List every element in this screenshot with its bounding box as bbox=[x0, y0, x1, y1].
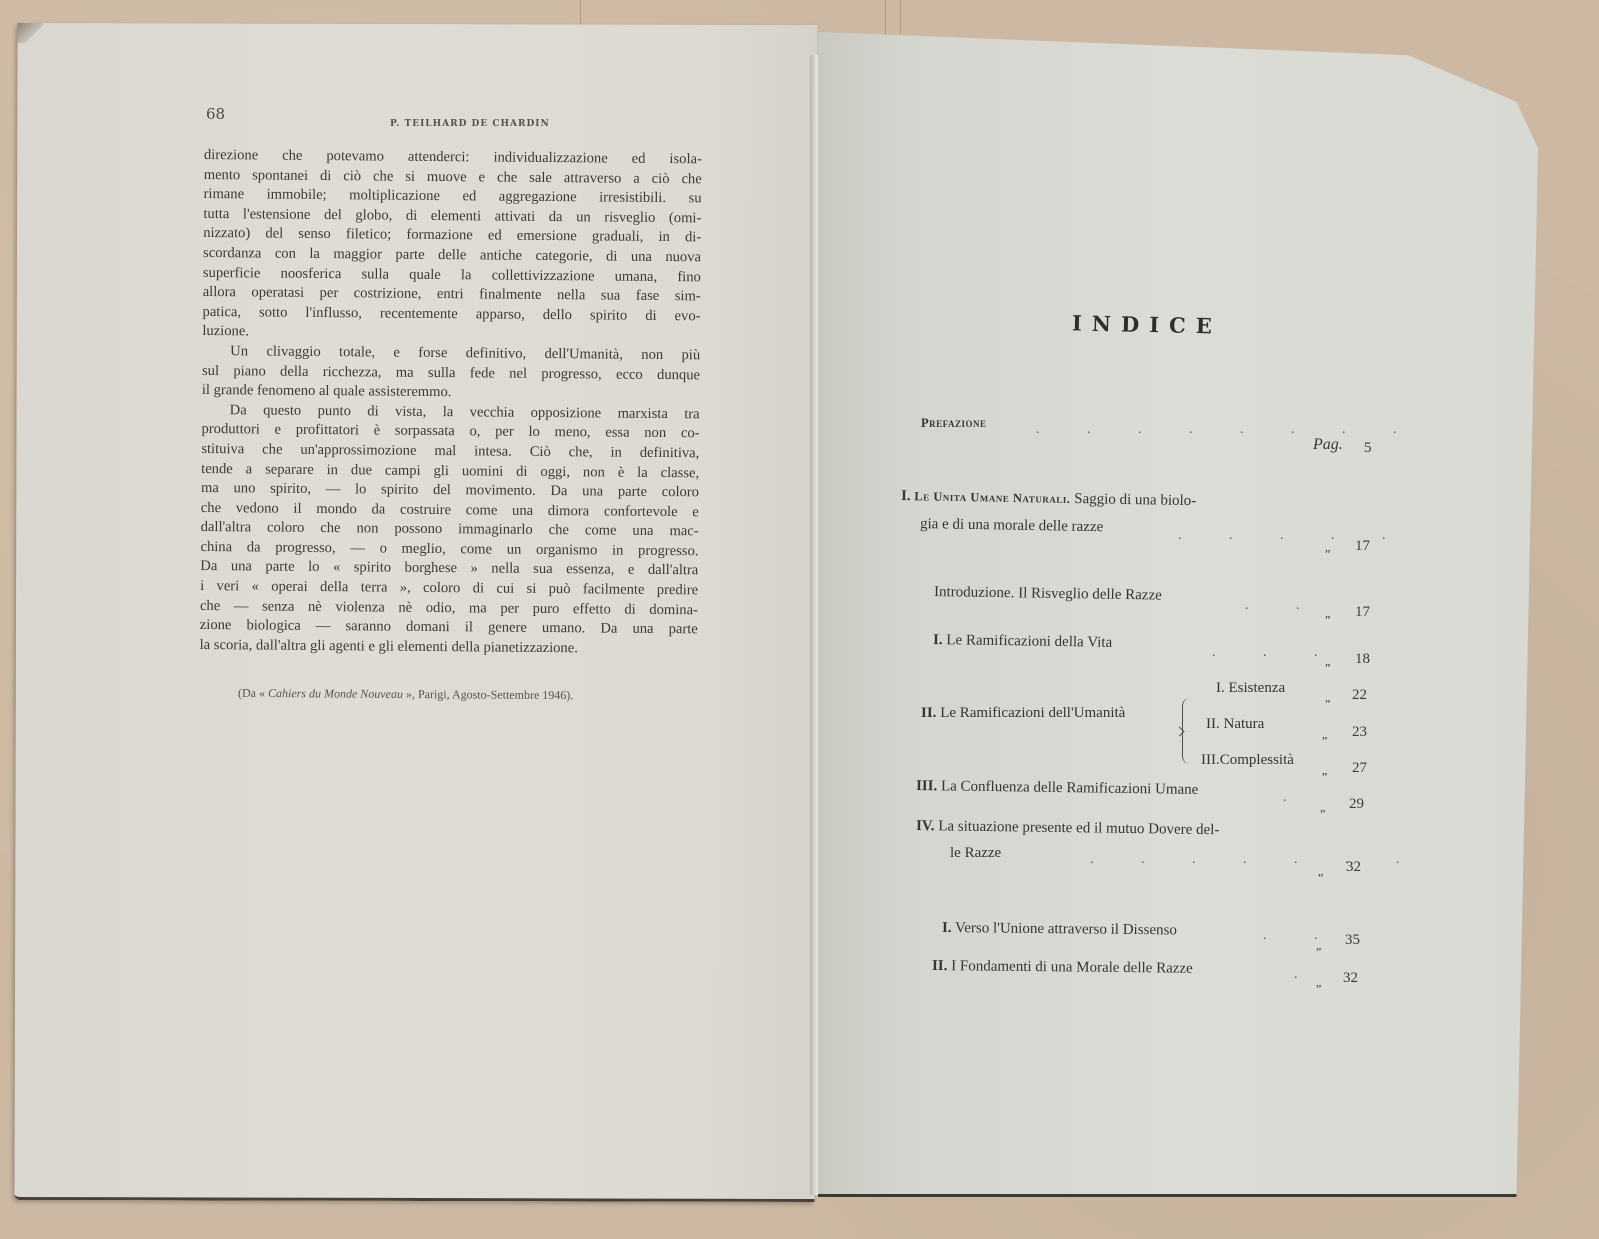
page-number: 68 bbox=[206, 105, 225, 123]
toc-entry-label-smallcaps: Le Unita Umane Naturali. bbox=[914, 489, 1070, 506]
toc-entry-label: Le Ramificazioni dell'Umanità bbox=[940, 705, 1125, 721]
citation: (Da « Cahiers du Monde Nouveau », Parigi… bbox=[238, 686, 573, 703]
paragraph-1: direzione che potevamo attenderci: indiv… bbox=[202, 146, 702, 346]
toc-entry-label-cont: le Razze bbox=[950, 845, 1001, 861]
roman-numeral: I. bbox=[942, 920, 952, 936]
roman-numeral: I. bbox=[1216, 680, 1225, 696]
toc-entry-sec-1[interactable]: I. Verso l'Unione attraverso il Dissenso bbox=[942, 920, 1177, 939]
toc-entry-label: Le Ramificazioni della Vita bbox=[946, 632, 1112, 651]
roman-numeral: I. bbox=[933, 632, 943, 648]
toc-entry-ch-1[interactable]: I. Le Ramificazioni della Vita bbox=[933, 632, 1112, 652]
toc-subentry-complessita[interactable]: III.Complessità bbox=[1201, 752, 1294, 769]
toc-subentry-natura[interactable]: II. Natura bbox=[1206, 716, 1264, 733]
roman-numeral: III. bbox=[1201, 752, 1220, 768]
paragraph-2: Un clivaggio totale, e forse definitivo,… bbox=[202, 342, 700, 405]
toc-title: INDICE bbox=[1072, 310, 1222, 338]
citation-suffix: », Parigi, Agosto-Settembre 1946). bbox=[406, 687, 573, 702]
table-crease bbox=[900, 0, 901, 40]
citation-prefix: (Da « bbox=[238, 686, 265, 700]
body-text: direzione che potevamo attenderci: indiv… bbox=[200, 146, 702, 660]
roman-numeral: I. bbox=[901, 488, 911, 504]
toc-entry-label: Natura bbox=[1224, 716, 1265, 732]
toc-subentry-esistenza[interactable]: I. Esistenza bbox=[1216, 680, 1285, 697]
toc-entry-label: Complessità bbox=[1220, 752, 1294, 768]
toc-entry-label: Prefazione bbox=[921, 416, 986, 430]
toc-entry-label: Esistenza bbox=[1229, 680, 1286, 696]
toc-entry-ch-2[interactable]: II. Le Ramificazioni dell'Umanità bbox=[921, 705, 1125, 722]
roman-numeral: III. bbox=[916, 778, 937, 794]
toc-entry-sec-2[interactable]: II. I Fondamenti di una Morale delle Raz… bbox=[932, 958, 1193, 978]
running-head: 68 P. TEILHARD DE CHARDIN bbox=[206, 105, 726, 135]
toc-entry-label: I Fondamenti di una Morale delle Razze bbox=[951, 958, 1193, 977]
toc-entry-prefazione[interactable]: Prefazione bbox=[921, 415, 986, 432]
dog-ear-corner bbox=[17, 23, 43, 43]
table-crease bbox=[885, 0, 886, 40]
toc-entry-label: La situazione presente ed il mutuo Dover… bbox=[938, 818, 1219, 838]
toc-entry-label: Introduzione. Il Risveglio delle Razze bbox=[934, 584, 1162, 604]
toc-entry-label: La Confluenza delle Ramificazioni Umane bbox=[941, 778, 1199, 798]
right-page bbox=[818, 32, 1538, 1197]
toc-entry-label-cont: gia e di una morale delle razze bbox=[920, 516, 1103, 535]
roman-numeral: II. bbox=[932, 958, 948, 974]
toc-entry-part-1-cont: gia e di una morale delle razze bbox=[920, 516, 1104, 536]
roman-numeral: II. bbox=[1206, 716, 1220, 732]
roman-numeral: II. bbox=[921, 705, 936, 721]
roman-numeral: IV. bbox=[916, 818, 935, 834]
toc-entry-introduzione[interactable]: Introduzione. Il Risveglio delle Razze bbox=[934, 584, 1162, 605]
toc-entry-label: Saggio di una biolo- bbox=[1074, 491, 1196, 509]
toc-entry-label: Verso l'Unione attraverso il Dissenso bbox=[955, 920, 1177, 938]
citation-source: Cahiers du Monde Nouveau bbox=[268, 686, 403, 701]
author-header: P. TEILHARD DE CHARDIN bbox=[390, 119, 550, 129]
toc-entry-ch-4-cont: le Razze bbox=[950, 845, 1001, 862]
paragraph-3: Da questo punto di vista, la vecchia opp… bbox=[200, 401, 700, 660]
